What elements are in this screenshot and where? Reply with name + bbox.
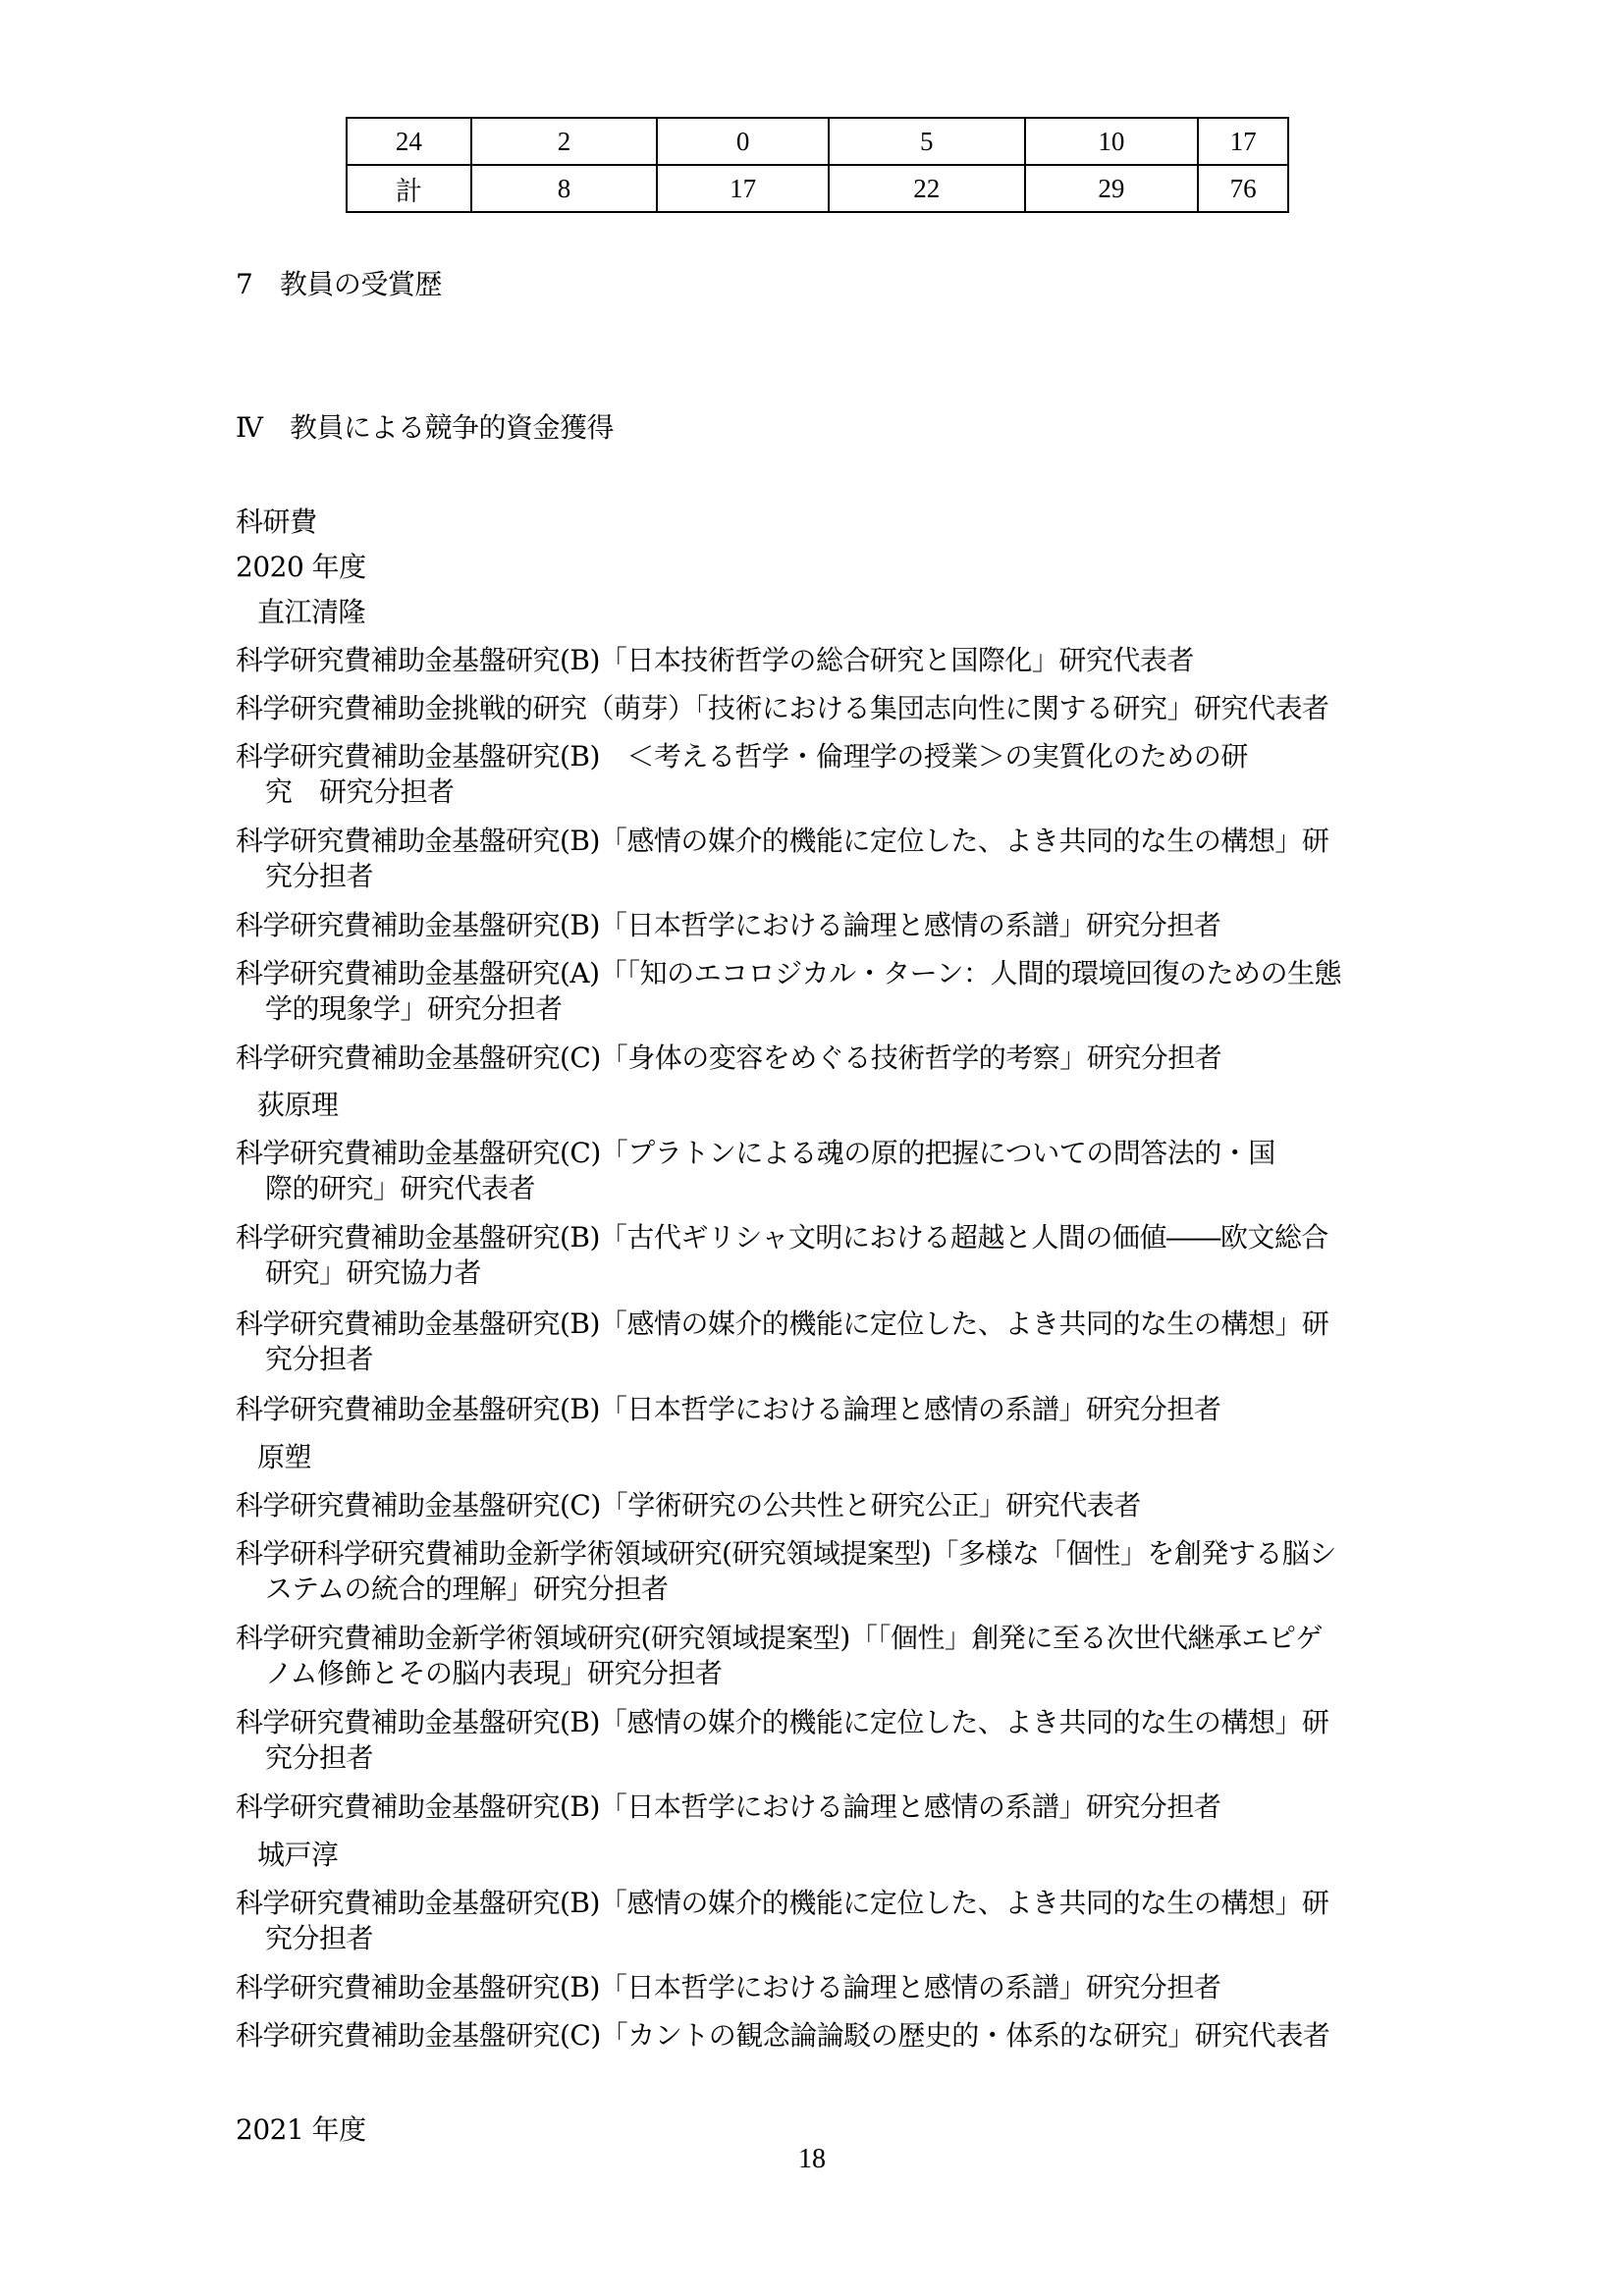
table-cell: 22 bbox=[829, 165, 1025, 212]
researcher-name: 城戸淳 bbox=[257, 1838, 339, 1873]
grant-item: 科学研究費補助金基盤研究(B) ＜考える哲学・倫理学の授業＞の実質化のための研 … bbox=[236, 739, 1248, 810]
grant-item: 科学研究費補助金基盤研究(B)「感情の媒介的機能に定位した、よき共同的な生の構想… bbox=[236, 824, 1328, 894]
grant-item: 科学研究費補助金挑戦的研究（萌芽）「技術における集団志向性に関する研究」研究代表… bbox=[236, 691, 1329, 726]
grant-item: 科学研究費補助金基盤研究(C)「身体の変容をめぐる技術哲学的考察」研究分担者 bbox=[236, 1041, 1221, 1076]
grant-text-continued: ステムの統合的理解」研究分担者 bbox=[236, 1572, 1336, 1607]
grant-text: 科学研究費補助金基盤研究(B)「感情の媒介的機能に定位した、よき共同的な生の構想… bbox=[236, 1887, 1328, 1919]
year-2021-heading: 2021 年度 bbox=[236, 2112, 366, 2148]
grant-text: 科学研究費補助金新学術領域研究(研究領域提案型)「「個性」創発に至る次世代継承エ… bbox=[236, 1622, 1323, 1654]
table-cell: 5 bbox=[829, 118, 1025, 165]
grant-item: 科学研究費補助金基盤研究(B)「日本哲学における論理と感情の系譜」研究分担者 bbox=[236, 908, 1220, 943]
table-row: 24 2 0 5 10 17 bbox=[347, 118, 1288, 165]
grant-item: 科学研科学研究費補助金新学術領域研究(研究領域提案型)「多様な「個性」を創発する… bbox=[236, 1536, 1336, 1607]
grant-text: 科学研究費補助金基盤研究(B)「感情の媒介的機能に定位した、よき共同的な生の構想… bbox=[236, 825, 1328, 857]
grant-text-continued: ノム修飾とその脳内表現」研究分担者 bbox=[236, 1656, 1323, 1691]
grant-text-continued: 究分担者 bbox=[236, 1740, 1328, 1776]
grant-item: 科学研究費補助金新学術領域研究(研究領域提案型)「「個性」創発に至る次世代継承エ… bbox=[236, 1621, 1323, 1691]
grant-item: 科学研究費補助金基盤研究(B)「日本哲学における論理と感情の系譜」研究分担者 bbox=[236, 1392, 1220, 1427]
grant-text-continued: 究分担者 bbox=[236, 1921, 1328, 1956]
grant-item: 科学研究費補助金基盤研究(B)「感情の媒介的機能に定位した、よき共同的な生の構想… bbox=[236, 1307, 1328, 1377]
summary-table: 24 2 0 5 10 17 計 8 17 22 29 76 bbox=[346, 117, 1289, 213]
grant-text-continued: 究 研究分担者 bbox=[236, 774, 1248, 810]
grant-item: 科学研究費補助金基盤研究(C)「学術研究の公共性と研究公正」研究代表者 bbox=[236, 1488, 1141, 1523]
table-cell: 29 bbox=[1025, 165, 1199, 212]
grant-text: 科学研究費補助金基盤研究(B)「感情の媒介的機能に定位した、よき共同的な生の構想… bbox=[236, 1706, 1328, 1738]
document-page: 24 2 0 5 10 17 計 8 17 22 29 76 7 教員の受賞歴 … bbox=[0, 0, 1624, 2296]
grant-item: 科学研究費補助金基盤研究(A)「「知のエコロジカル・ターン：人間的環境回復のため… bbox=[236, 956, 1341, 1027]
table-cell: 10 bbox=[1025, 118, 1199, 165]
grant-text: 科学研究費補助金基盤研究(B) ＜考える哲学・倫理学の授業＞の実質化のための研 bbox=[236, 740, 1248, 773]
grant-text: 科学研科学研究費補助金新学術領域研究(研究領域提案型)「多様な「個性」を創発する… bbox=[236, 1537, 1336, 1570]
grant-text-continued: 究分担者 bbox=[236, 859, 1328, 894]
table-cell: 24 bbox=[347, 118, 471, 165]
section-7-heading: 7 教員の受賞歴 bbox=[236, 267, 442, 302]
table-cell: 計 bbox=[347, 165, 471, 212]
page-number: 18 bbox=[0, 2144, 1624, 2175]
grant-text-continued: 学的現象学」研究分担者 bbox=[236, 991, 1341, 1027]
table-cell: 8 bbox=[471, 165, 658, 212]
researcher-name: 原塑 bbox=[257, 1440, 311, 1475]
grant-text-continued: 研究」研究協力者 bbox=[236, 1255, 1328, 1291]
grant-item: 科学研究費補助金基盤研究(B)「感情の媒介的機能に定位した、よき共同的な生の構想… bbox=[236, 1886, 1328, 1956]
grant-text: 科学研究費補助金基盤研究(B)「古代ギリシャ文明における超越と人間の価値――欧文… bbox=[236, 1221, 1328, 1254]
grant-item: 科学研究費補助金基盤研究(B)「日本技術哲学の総合研究と国際化」研究代表者 bbox=[236, 643, 1194, 678]
table-cell: 76 bbox=[1198, 165, 1288, 212]
grant-item: 科学研究費補助金基盤研究(B)「古代ギリシャ文明における超越と人間の価値――欧文… bbox=[236, 1220, 1328, 1291]
table-row-total: 計 8 17 22 29 76 bbox=[347, 165, 1288, 212]
grant-text: 科学研究費補助金基盤研究(A)「「知のエコロジカル・ターン：人間的環境回復のため… bbox=[236, 957, 1341, 989]
grant-text-continued: 際的研究」研究代表者 bbox=[236, 1171, 1275, 1206]
grant-item: 科学研究費補助金基盤研究(C)「プラトンによる魂の原的把握についての問答法的・国… bbox=[236, 1136, 1275, 1206]
year-2020-heading: 2020 年度 bbox=[236, 550, 366, 585]
table-cell: 17 bbox=[1198, 118, 1288, 165]
grant-item: 科学研究費補助金基盤研究(C)「カントの観念論論駁の歴史的・体系的な研究」研究代… bbox=[236, 2018, 1329, 2054]
kakenhi-label: 科研費 bbox=[236, 505, 317, 540]
grant-text-continued: 究分担者 bbox=[236, 1342, 1328, 1377]
researcher-name: 荻原理 bbox=[257, 1088, 339, 1123]
table-cell: 17 bbox=[657, 165, 829, 212]
researcher-name: 直江清隆 bbox=[257, 595, 365, 630]
grant-text: 科学研究費補助金基盤研究(B)「感情の媒介的機能に定位した、よき共同的な生の構想… bbox=[236, 1308, 1328, 1340]
section-4-heading: Ⅳ 教員による競争的資金獲得 bbox=[236, 410, 614, 446]
grant-item: 科学研究費補助金基盤研究(B)「日本哲学における論理と感情の系譜」研究分担者 bbox=[236, 1970, 1220, 2005]
table-cell: 2 bbox=[471, 118, 658, 165]
grant-text: 科学研究費補助金基盤研究(C)「プラトンによる魂の原的把握についての問答法的・国 bbox=[236, 1137, 1275, 1169]
grant-item: 科学研究費補助金基盤研究(B)「日本哲学における論理と感情の系譜」研究分担者 bbox=[236, 1789, 1220, 1825]
table-cell: 0 bbox=[657, 118, 829, 165]
grant-item: 科学研究費補助金基盤研究(B)「感情の媒介的機能に定位した、よき共同的な生の構想… bbox=[236, 1705, 1328, 1776]
